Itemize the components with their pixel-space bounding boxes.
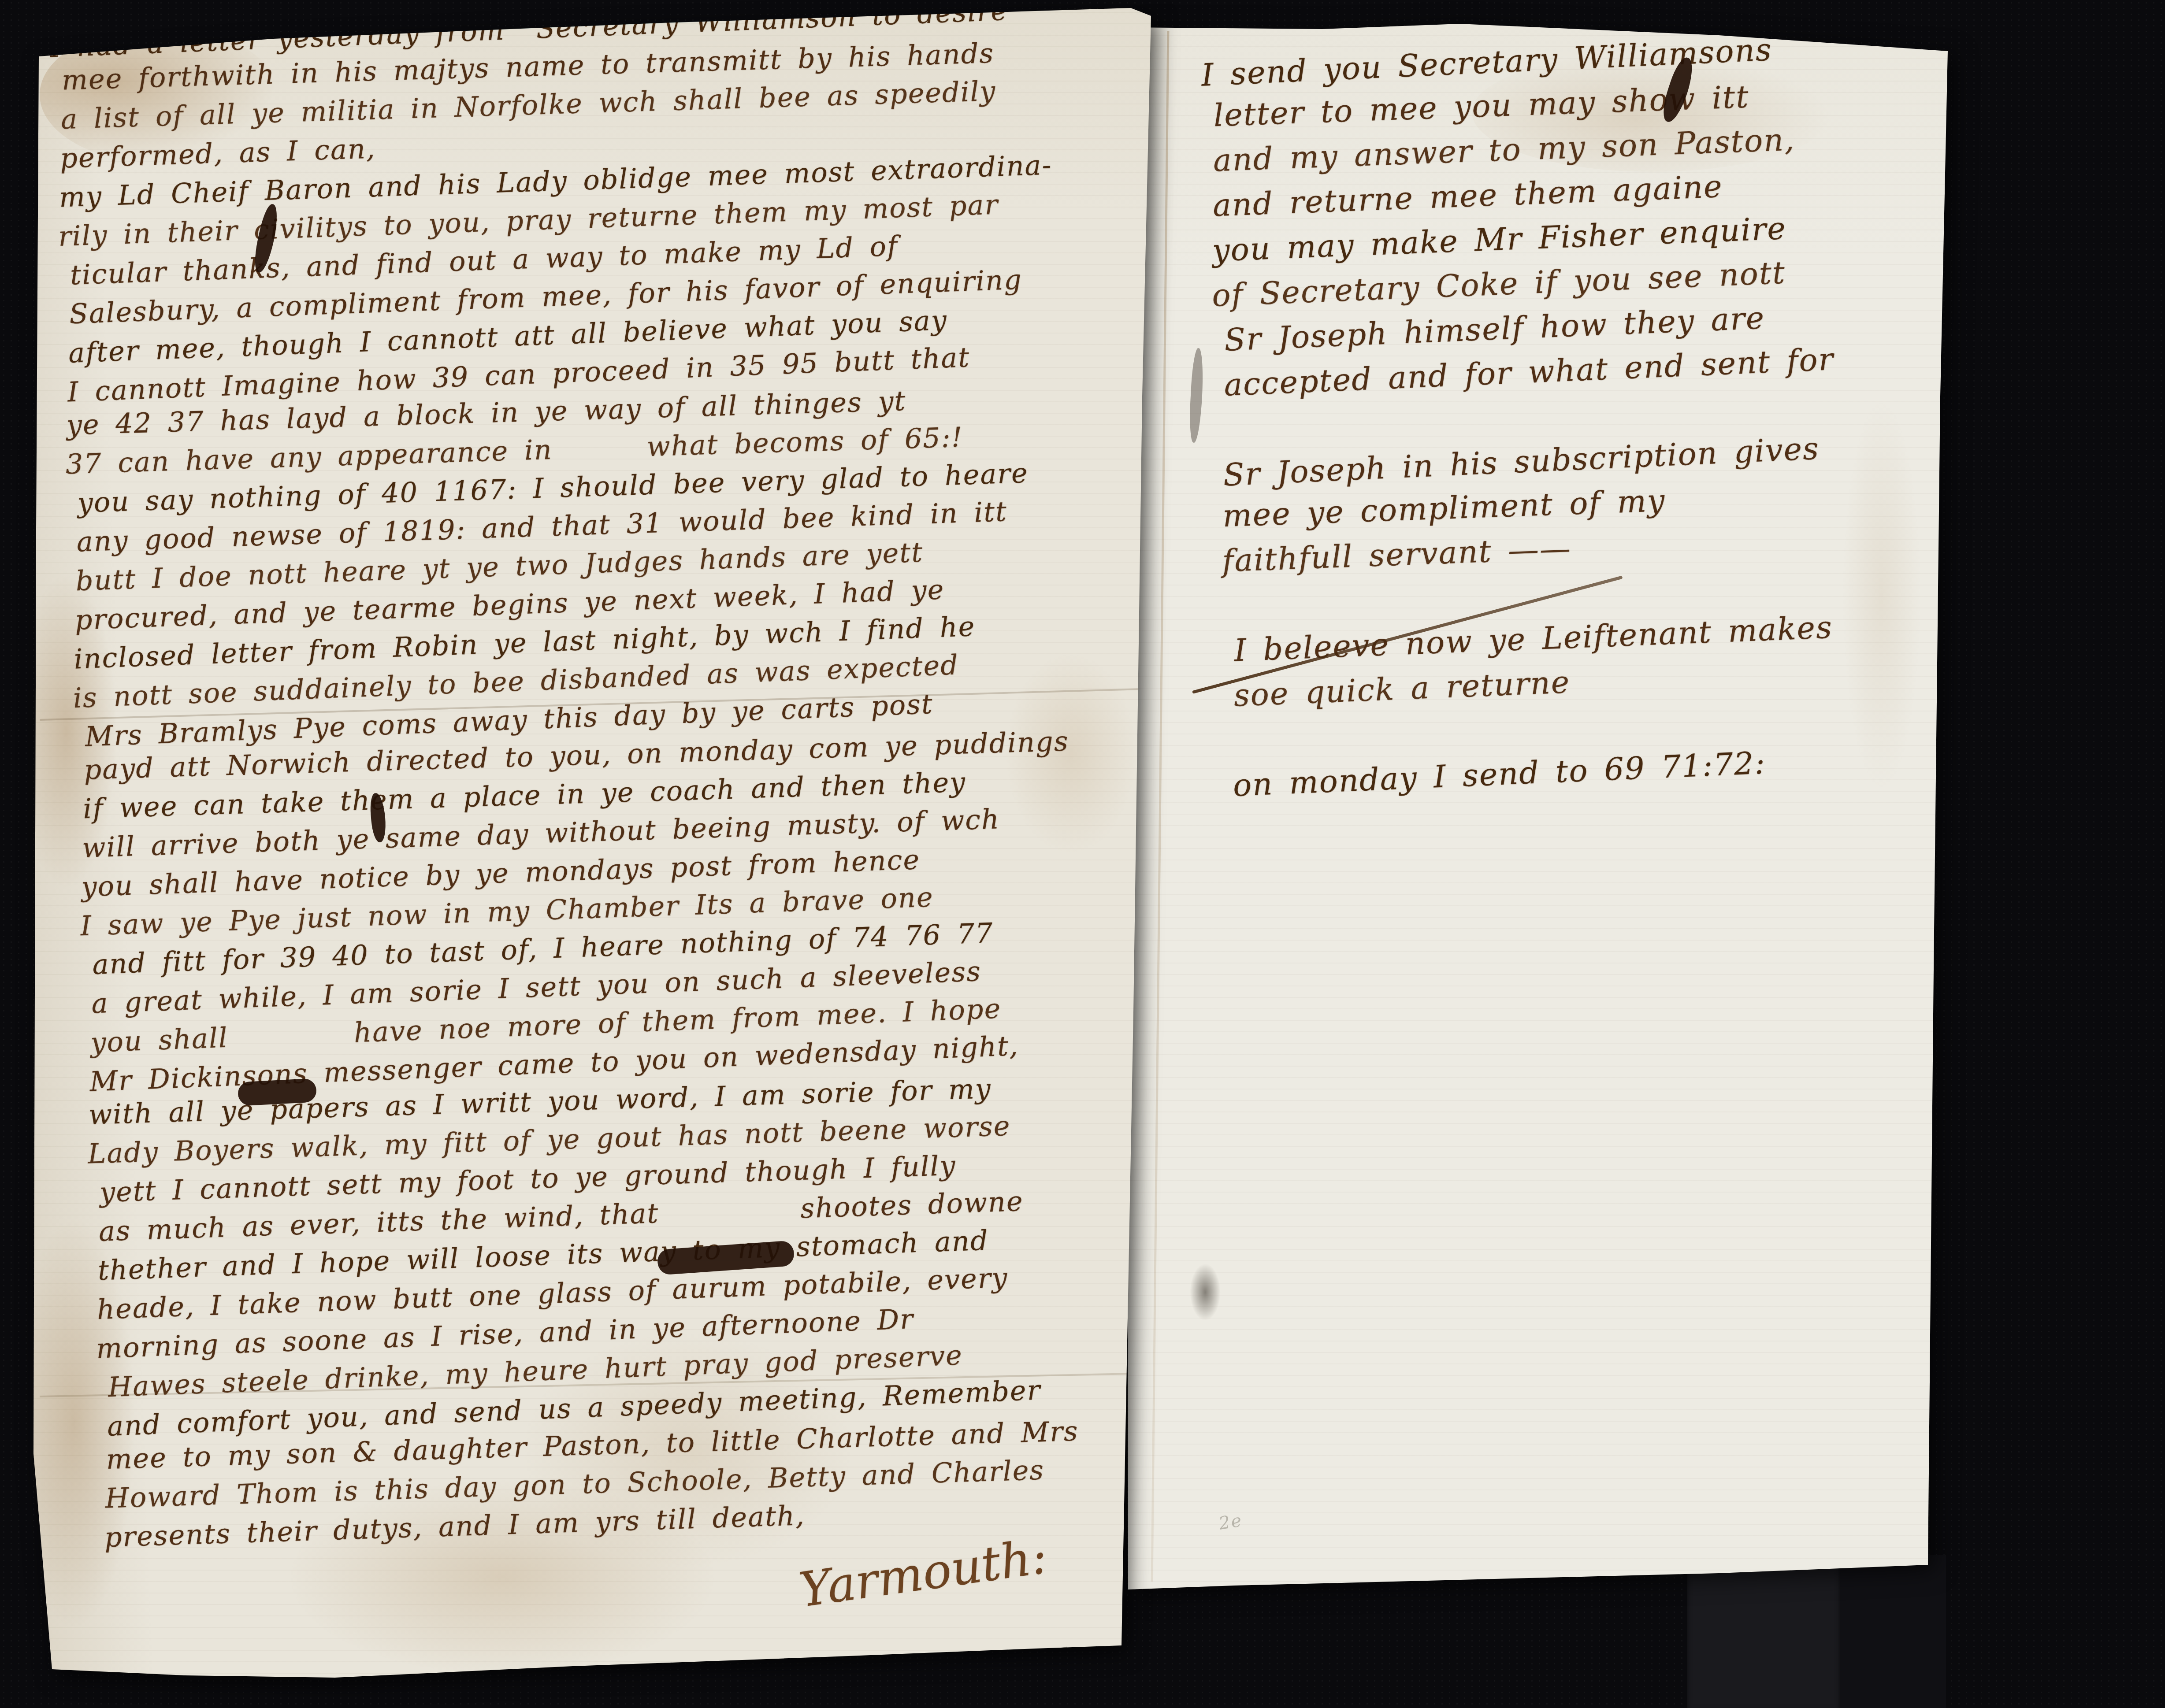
letter-page-left: I had a letter yesterday from Secretary …: [0, 0, 2165, 1708]
left-page-wrap: I had a letter yesterday from Secretary …: [0, 0, 2165, 1708]
folio-number: 102: [1029, 1641, 1072, 1672]
left-page-text: I had a letter yesterday from Secretary …: [56, 0, 1202, 1621]
manuscript-scan: { "document": { "kind_label": "handwritt…: [0, 0, 2165, 1708]
